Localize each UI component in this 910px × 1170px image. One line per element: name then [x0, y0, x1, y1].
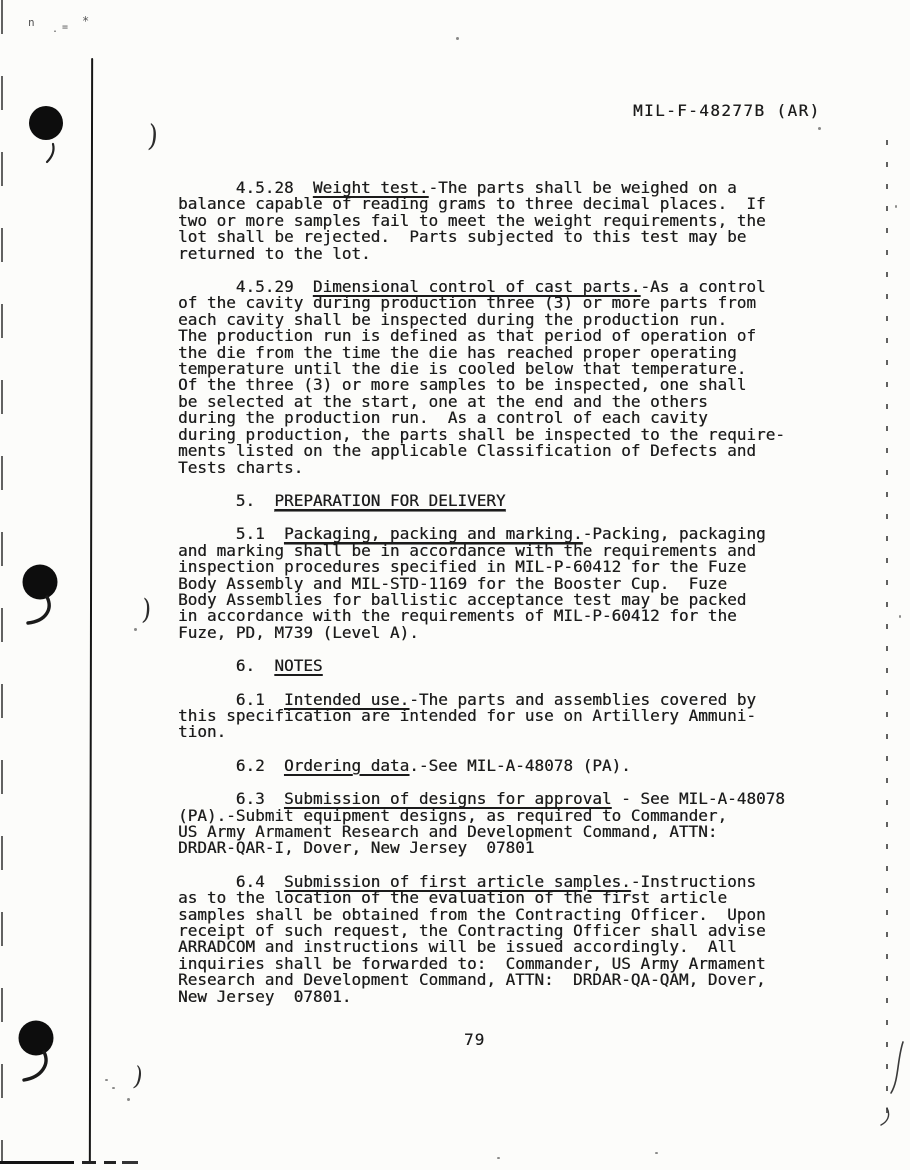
hole-punch-mark-3: [19, 1021, 54, 1081]
scan-scratch-hook-right: [881, 1108, 889, 1125]
scan-speck: [818, 127, 821, 130]
scan-speck: [127, 1098, 130, 1101]
hole-punch-mark-1: [29, 106, 63, 162]
hole-punch-mark-2: [23, 565, 58, 624]
scan-speckle-glyph: *: [82, 14, 89, 28]
para-6-2: 6.2 Ordering data.-See MIL-A-48078 (PA).: [178, 758, 850, 774]
underlined-heading-text: Ordering data: [284, 756, 409, 775]
scan-speckle-glyph: n: [28, 16, 35, 29]
scan-speck: [112, 1087, 115, 1089]
stray-paren-mark-2: ): [141, 596, 152, 625]
scan-speck: [497, 1157, 500, 1159]
text-segment: .-See MIL-A-48078 (PA).: [409, 756, 631, 775]
text-segment: -As a control of the cavity during produ…: [178, 277, 785, 476]
scan-speck: [456, 37, 459, 40]
underlined-heading-text: PREPARATION FOR DELIVERY: [274, 491, 505, 512]
para-4-5-28: 4.5.28 Weight test.-The parts shall be w…: [178, 180, 850, 262]
heading-5: 5. PREPARATION FOR DELIVERY: [178, 493, 850, 509]
text-segment: -Instructions as to the location of the …: [178, 872, 766, 1006]
scan-speck: [105, 1079, 108, 1081]
scan-speck: [899, 615, 901, 618]
para-5-1: 5.1 Packaging, packing and marking.-Pack…: [178, 526, 850, 641]
document-id-header: MIL-F-48277B (AR): [633, 101, 821, 120]
page-number: 79: [464, 1030, 485, 1049]
para-6-3: 6.3 Submission of designs for approval -…: [178, 791, 850, 857]
scan-speck: [134, 628, 137, 631]
text-segment: -Packing, packaging and marking shall be…: [178, 524, 766, 641]
underlined-heading-text: NOTES: [274, 656, 322, 675]
para-6-1: 6.1 Intended use.-The parts and assembli…: [178, 692, 850, 741]
text-segment: 5.: [178, 491, 274, 510]
para-6-4: 6.4 Submission of first article samples.…: [178, 874, 850, 1005]
heading-6: 6. NOTES: [178, 658, 850, 674]
document-body: 4.5.28 Weight test.-The parts shall be w…: [178, 180, 850, 1022]
scan-speck: [895, 205, 897, 208]
scan-speck: [655, 1152, 658, 1154]
scan-scratch-mark-right: [891, 1042, 903, 1093]
para-4-5-29: 4.5.29 Dimensional control of cast parts…: [178, 279, 850, 476]
text-segment: 6.: [178, 656, 274, 675]
text-segment: 6.2: [178, 756, 284, 775]
scan-speckle-glyph: .: [52, 24, 58, 35]
scanned-document-page: n . = * ) ) ) MIL-F-48277B (AR) 4.5.28 W…: [0, 0, 910, 1170]
scan-speckle-glyph: =: [62, 22, 68, 33]
